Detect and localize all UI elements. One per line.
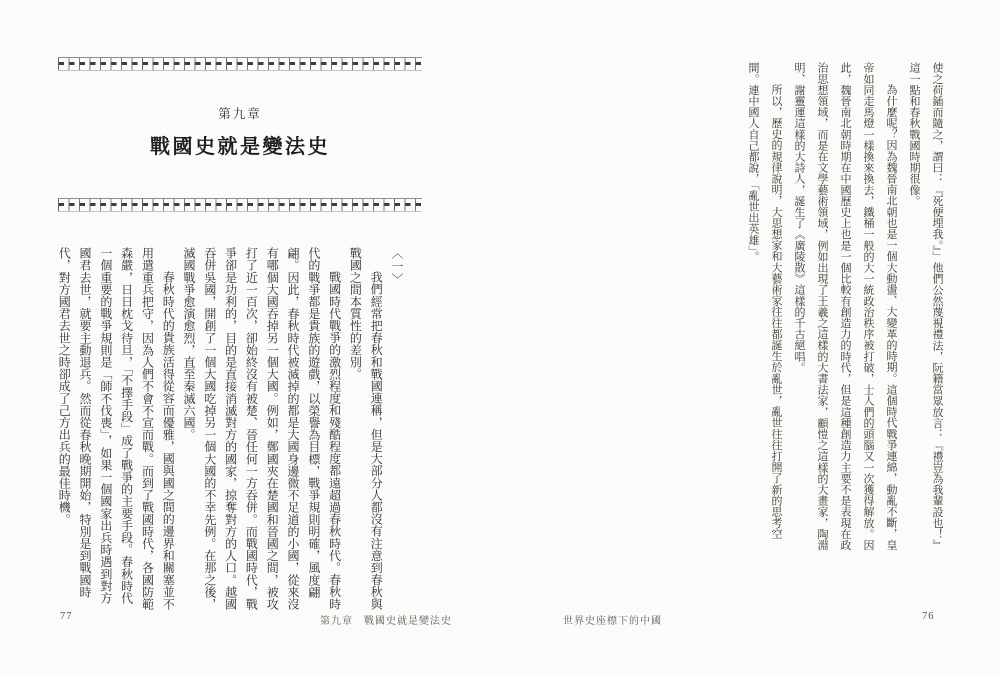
- section-marker: 〈一〉: [386, 247, 407, 611]
- page-number-right: 76: [922, 611, 935, 622]
- right-page-body-text: 使之荷鍤而隨之，謂曰：『死便埋我。』」他們公然蔑視禮法，阮籍當眾放言：『禮豈為我…: [741, 62, 948, 555]
- paragraph: 為什麼呢？因為魏晉南北朝也是一個大動盪、大變革的時期。這個時代戰爭連綿，動亂不斷…: [787, 62, 902, 555]
- page-number-left: 77: [60, 611, 73, 622]
- paragraph: 所以，歷史的規律說明，大思想家和大藝術家往往都誕生於亂世，亂世往往打開了新的思考…: [741, 62, 787, 555]
- running-footer-book-title: 世界史座標下的中國: [563, 612, 662, 627]
- left-page-body-text: 〈一〉 我們經常把春秋和戰國連稱，但是大部分人都沒有注意到春秋與戰國之間本質性的…: [53, 247, 407, 611]
- chapter-title: 戰國史就是變法史: [55, 130, 425, 159]
- paragraph: 春秋時代的貴族活得從容而優雅，國與國之間的邊界和關塞並不用遣重兵把守，因為人們不…: [53, 247, 178, 611]
- book-spread: 第九章 戰國史就是變法史 〈一〉 我們經常把春秋和戰國連稱，但是大部分人都沒有注…: [0, 0, 1000, 677]
- ruler-border-bottom-decoration: [58, 198, 422, 212]
- running-footer-chapter: 第九章 戰國史就是變法史: [320, 612, 452, 627]
- paragraph: 使之荷鍤而隨之，謂曰：『死便埋我。』」他們公然蔑視禮法，阮籍當眾放言：『禮豈為我…: [902, 62, 948, 555]
- paragraph: 戰國時代戰爭的激烈程度和殘酷程度都遠超過春秋時代。春秋時代的戰爭都是貴族的遊戲，…: [178, 247, 344, 611]
- paragraph: 我們經常把春秋和戰國連稱，但是大部分人都沒有注意到春秋與戰國之間本質性的差別。: [345, 247, 387, 611]
- chapter-number: 第九章: [55, 104, 425, 122]
- ruler-border-top-decoration: [58, 57, 422, 71]
